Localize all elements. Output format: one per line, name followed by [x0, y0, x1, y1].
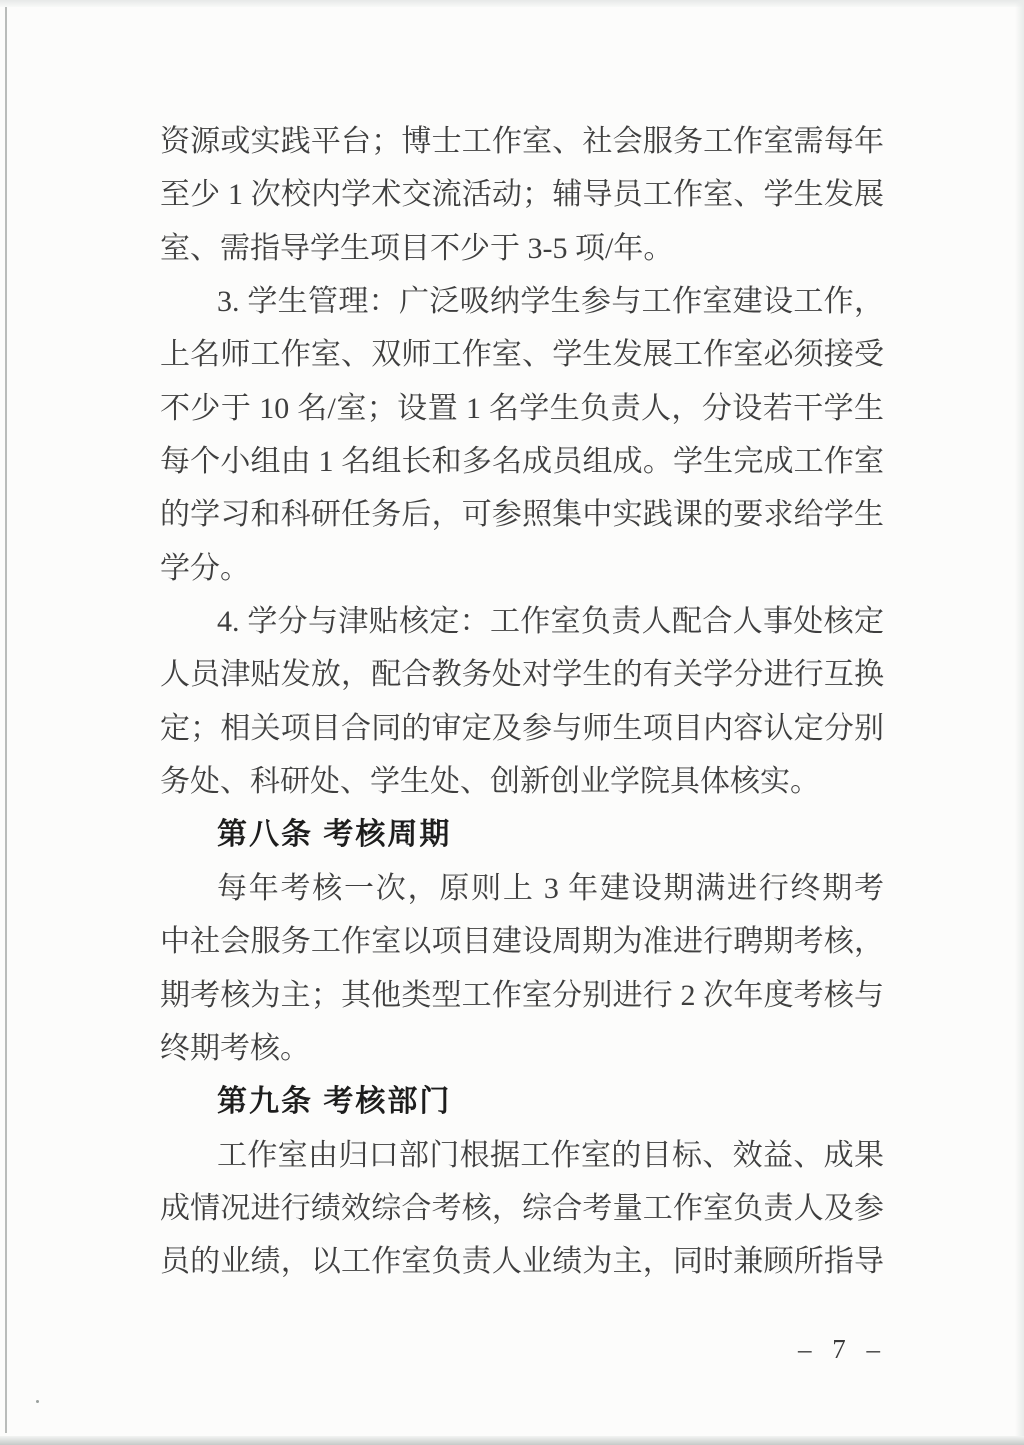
text-line: 定；相关项目合同的审定及参与师生项目内容认定分别由教: [160, 702, 884, 755]
section-heading: 第九条 考核部门: [160, 1075, 884, 1128]
text-line: 至少 1 次校内学术交流活动；辅导员工作室、学生发展工作: [160, 168, 884, 221]
text-line: 4. 学分与津贴核定：工作室负责人配合人事处核定有关: [160, 595, 884, 648]
section-heading: 第八条 考核周期: [160, 808, 884, 861]
text-line: 终期考核。: [160, 1022, 884, 1075]
text-line: 中社会服务工作室以项目建设周期为准进行聘期考核，以聘: [160, 915, 884, 968]
text-line: 学分。: [160, 542, 884, 595]
text-line: 3. 学生管理：广泛吸纳学生参与工作室建设工作，原则: [160, 275, 884, 328]
text-line: 工作室由归口部门根据工作室的目标、效益、成果等完: [160, 1129, 884, 1182]
text-line: 每年考核一次，原则上 3 年建设期满进行终期考核。其: [160, 862, 884, 915]
text-line: 资源或实践平台；博士工作室、社会服务工作室需每年举办: [160, 115, 884, 168]
text-line: 员的业绩，以工作室负责人业绩为主，同时兼顾所指导学生: [160, 1235, 884, 1288]
page-number: – 7 –: [798, 1334, 883, 1365]
scan-edge-right: [1015, 0, 1024, 1445]
scan-edge-bottom: [0, 1436, 1024, 1445]
text-line: 务处、科研处、学生处、创新创业学院具体核实。: [160, 755, 884, 808]
text-line: 不少于 10 名/室；设置 1 名学生负责人，分设若干学生小组，: [160, 382, 884, 435]
text-line: 上名师工作室、双师工作室、学生发展工作室必须接受学生: [160, 328, 884, 381]
text-line: 人员津贴发放，配合教务处对学生的有关学分进行互换认: [160, 648, 884, 701]
text-line: 期考核为主；其他类型工作室分别进行 2 次年度考核与 1 次: [160, 969, 884, 1022]
scan-speck: [36, 1400, 39, 1403]
text-line: 每个小组由 1 名组长和多名成员组成。学生完成工作室规定: [160, 435, 884, 488]
document-body: 资源或实践平台；博士工作室、社会服务工作室需每年举办至少 1 次校内学术交流活动…: [160, 115, 884, 1289]
text-line: 室、需指导学生项目不少于 3-5 项/年。: [160, 222, 884, 275]
text-line: 的学习和科研任务后，可参照集中实践课的要求给学生评定: [160, 488, 884, 541]
scan-edge-top: [0, 0, 1024, 7]
scan-edge-left: [5, 7, 7, 1433]
text-line: 成情况进行绩效综合考核，综合考量工作室负责人及参与成: [160, 1182, 884, 1235]
